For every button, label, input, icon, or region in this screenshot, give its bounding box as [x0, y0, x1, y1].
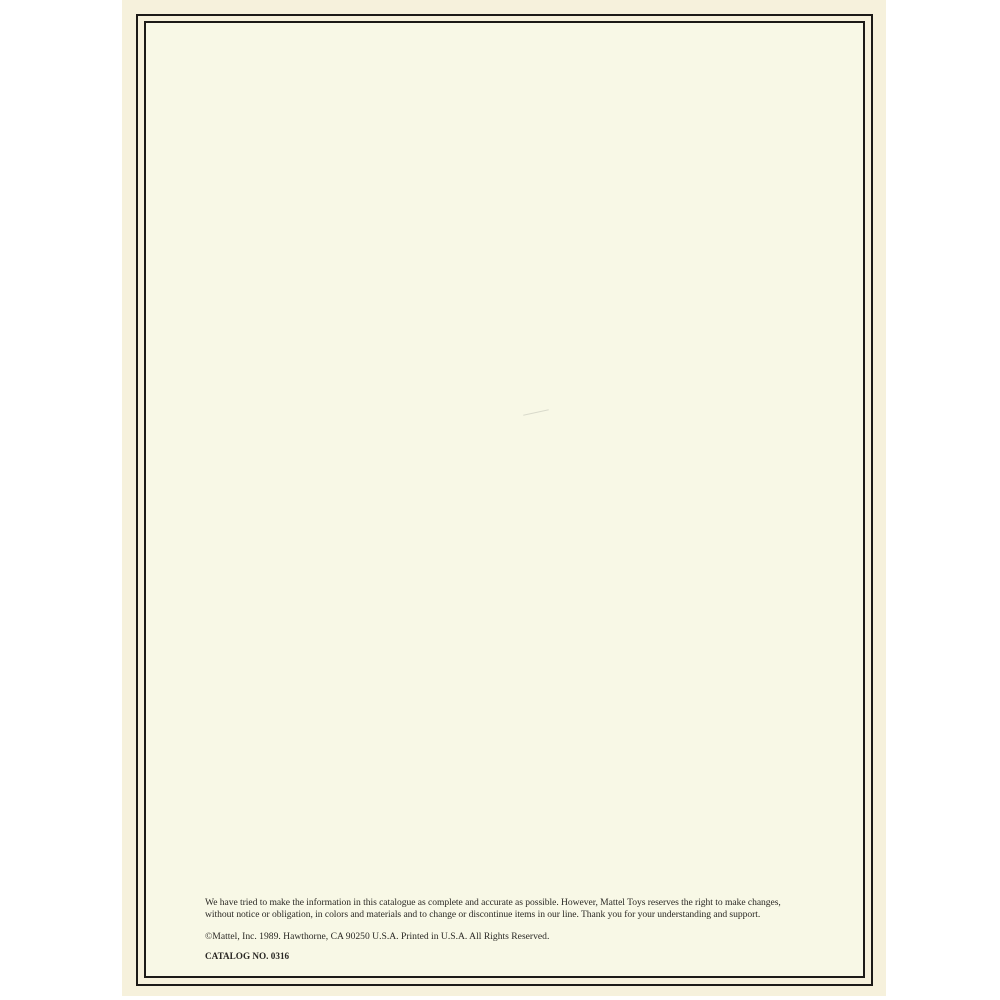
- disclaimer-text: We have tried to make the information in…: [205, 897, 825, 921]
- disclaimer-line-1: We have tried to make the information in…: [205, 897, 781, 908]
- catalog-number: CATALOG NO. 0316: [205, 950, 825, 962]
- inner-border-panel: [144, 21, 865, 978]
- disclaimer-line-2: without notice or obligation, in colors …: [205, 909, 760, 920]
- copyright-notice: ©Mattel, Inc. 1989. Hawthorne, CA 90250 …: [205, 931, 825, 943]
- footer-text-block: We have tried to make the information in…: [205, 897, 825, 962]
